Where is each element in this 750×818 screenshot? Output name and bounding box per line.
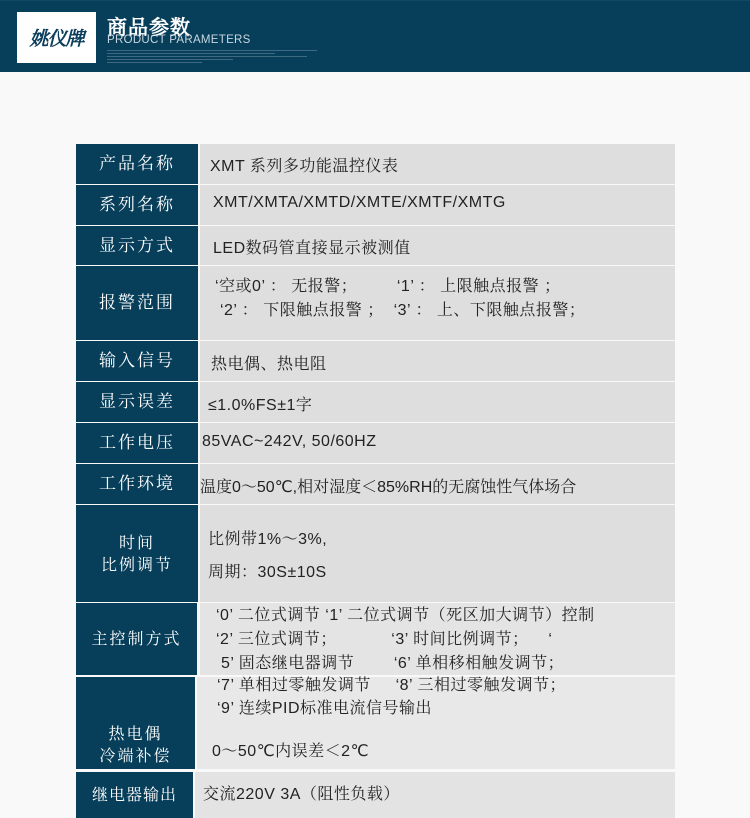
row-label: 输入信号 xyxy=(76,341,198,381)
value-text: LED数码管直接显示被测值 xyxy=(213,235,411,258)
row-label: 时间 比例调节 xyxy=(76,505,198,602)
section-subtitle: PRODUCT PARAMETERS xyxy=(107,34,251,46)
value-text: 周期：30S±10S xyxy=(208,559,327,582)
label-text: 工作电压 xyxy=(99,432,175,454)
row-value: ‘0’ 二位式调节 ‘1’ 二位式调节（死区加大调节）控制 ‘2’ 三位式调节；… xyxy=(200,603,675,675)
table-row-cold-junction: 热电偶 冷端补偿 ‘7’ 单相过零触发调节 ‘8’ 三相过零触发调节； ‘9’ … xyxy=(76,677,675,769)
table-row-main-control: 主控制方式 ‘0’ 二位式调节 ‘1’ 二位式调节（死区加大调节）控制 ‘2’ … xyxy=(76,603,675,675)
label-text: 继电器输出 xyxy=(92,784,177,806)
row-value: 比例带1%～3%, 周期：30S±10S xyxy=(200,505,675,602)
row-label: 报警范围 xyxy=(76,266,198,340)
label-text: 主控制方式 xyxy=(91,628,181,650)
table-row-relay-output: 继电器输出 交流220V 3A（阻性负载） xyxy=(76,772,675,818)
value-text: XMT 系列多功能温控仪表 xyxy=(210,153,398,176)
label-text: 热电偶 xyxy=(108,723,162,745)
brand-logo-text: 姚仪牌 xyxy=(29,24,83,51)
table-row-alarm-range: 报警范围 ‘空或0’ ： 无报警； ‘1’ ： 上限触点报警 ； ‘2’ ： 下… xyxy=(76,266,675,340)
value-text: 交流220V 3A（阻性负载） xyxy=(203,781,400,804)
table-row-time-proportional: 时间 比例调节 比例带1%～3%, 周期：30S±10S xyxy=(76,505,675,602)
row-value: XMT 系列多功能温控仪表 xyxy=(200,144,675,184)
row-value: ‘空或0’ ： 无报警； ‘1’ ： 上限触点报警 ； ‘2’ ： 下限触点报警… xyxy=(200,266,675,340)
row-value: 85VAC~242V, 50/60HZ xyxy=(200,423,675,463)
value-text: 比例带1%～3%, xyxy=(208,526,327,549)
row-label: 继电器输出 xyxy=(76,772,193,818)
brand-logo: 姚仪牌 xyxy=(17,12,96,63)
value-text: ‘9’ 连续PID标准电流信号输出 xyxy=(217,695,432,718)
table-row-working-voltage: 工作电压 85VAC~242V, 50/60HZ xyxy=(76,423,675,463)
row-value: 交流220V 3A（阻性负载） xyxy=(195,772,675,818)
value-text: ‘2’ ： 下限触点报警 ； ‘3’ ： 上、下限触点报警； xyxy=(215,297,585,320)
row-label: 主控制方式 xyxy=(76,603,197,675)
label-text: 比例调节 xyxy=(101,554,173,576)
value-text: 85VAC~242V, 50/60HZ xyxy=(202,433,377,451)
row-value: 温度0～50℃,相对湿度＜85%RH的无腐蚀性气体场合 xyxy=(200,464,675,504)
header-banner: 姚仪牌 商品参数 PRODUCT PARAMETERS xyxy=(0,0,750,72)
row-value: ‘7’ 单相过零触发调节 ‘8’ 三相过零触发调节； ‘9’ 连续PID标准电流… xyxy=(197,677,675,769)
row-label: 热电偶 冷端补偿 xyxy=(76,677,195,769)
label-text: 输入信号 xyxy=(99,350,175,372)
value-text: ‘7’ 单相过零触发调节 ‘8’ 三相过零触发调节； xyxy=(217,672,566,695)
table-row-product-name: 产品名称 XMT 系列多功能温控仪表 xyxy=(76,144,675,184)
table-row-display-mode: 显示方式 LED数码管直接显示被测值 xyxy=(76,226,675,265)
row-value: LED数码管直接显示被测值 xyxy=(200,226,675,265)
row-label: 显示误差 xyxy=(76,382,198,422)
row-label: 工作电压 xyxy=(76,423,198,463)
row-value: ≤1.0%FS±1字 xyxy=(200,382,675,422)
label-text: 时间 xyxy=(119,532,155,554)
label-text: 冷端补偿 xyxy=(99,745,171,767)
value-text: 热电偶、热电阻 xyxy=(211,351,327,374)
table-row-series-name: 系列名称 XMT/XMTA/XMTD/XMTE/XMTF/XMTG xyxy=(76,185,675,225)
table-row-input-signal: 输入信号 热电偶、热电阻 xyxy=(76,341,675,381)
table-row-display-error: 显示误差 ≤1.0%FS±1字 xyxy=(76,382,675,422)
decorative-fine-print xyxy=(107,50,317,65)
value-text: 5’ 固态继电器调节 ‘6’ 单相移相触发调节； xyxy=(216,650,564,673)
label-text: 报警范围 xyxy=(99,292,175,314)
value-text: ‘空或0’ ： 无报警； ‘1’ ： 上限触点报警 ； xyxy=(215,273,561,296)
value-text: 温度0～50℃,相对湿度＜85%RH的无腐蚀性气体场合 xyxy=(200,474,576,497)
label-text: 显示方式 xyxy=(99,235,175,257)
value-text: ≤1.0%FS±1字 xyxy=(208,392,312,415)
label-text: 工作环境 xyxy=(99,473,175,495)
label-text: 显示误差 xyxy=(99,391,175,413)
row-label: 工作环境 xyxy=(76,464,198,504)
value-text: XMT/XMTA/XMTD/XMTE/XMTF/XMTG xyxy=(213,194,506,212)
value-text: ‘0’ 二位式调节 ‘1’ 二位式调节（死区加大调节）控制 xyxy=(216,602,595,625)
row-label: 显示方式 xyxy=(76,226,198,265)
row-value: XMT/XMTA/XMTD/XMTE/XMTF/XMTG xyxy=(200,185,675,225)
table-row-working-environment: 工作环境 温度0～50℃,相对湿度＜85%RH的无腐蚀性气体场合 xyxy=(76,464,675,504)
label-text: 系列名称 xyxy=(99,194,175,216)
value-text: ‘2’ 三位式调节； ‘3’ 时间比例调节； ‘ xyxy=(216,626,552,649)
value-text: 0～50℃内误差＜2℃ xyxy=(212,738,369,761)
row-label: 产品名称 xyxy=(76,144,198,184)
row-value: 热电偶、热电阻 xyxy=(200,341,675,381)
row-label: 系列名称 xyxy=(76,185,198,225)
label-text: 产品名称 xyxy=(99,153,175,175)
